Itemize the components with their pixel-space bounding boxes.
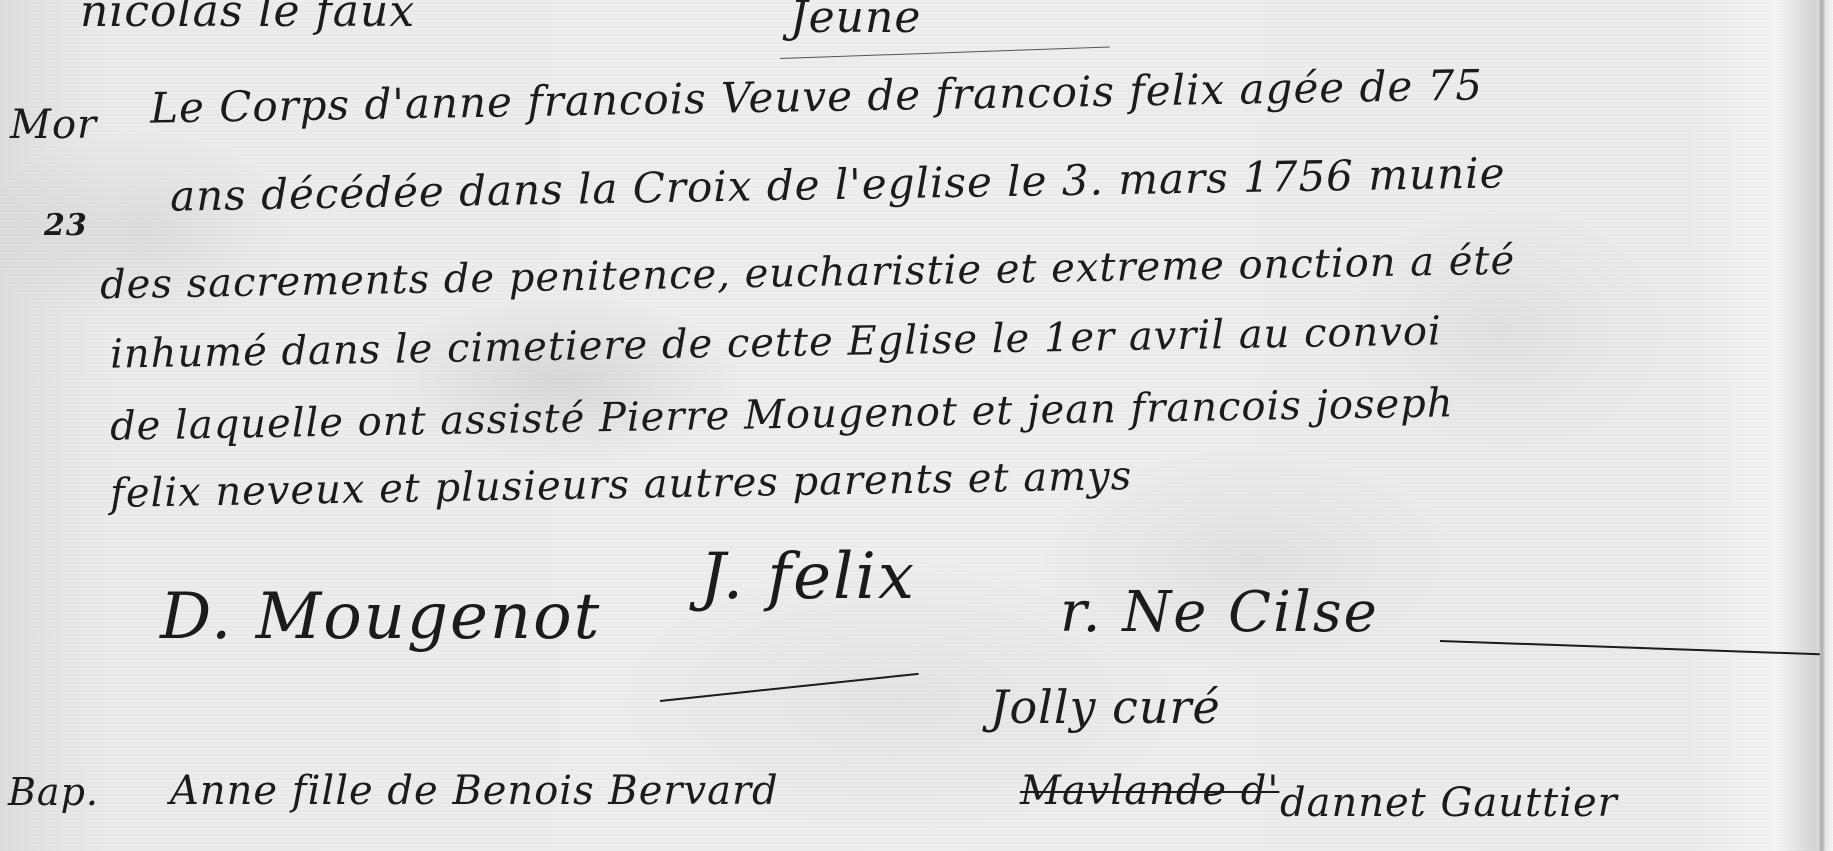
entry-line-1: Le Corps d'anne francois Veuve de franco… <box>150 60 1484 132</box>
entry-line-3: des sacrements de penitence, eucharistie… <box>100 238 1516 309</box>
page-binding-edge <box>1819 0 1825 851</box>
underline-stroke <box>780 46 1110 59</box>
struck-text: Mavlande d' <box>1020 768 1279 814</box>
entry-line-2: ans décédée dans la Croix de l'eglise le… <box>170 148 1506 220</box>
signature-ne-cilse: r. Ne Cilse <box>1060 580 1379 645</box>
signature-flourish <box>660 673 919 702</box>
previous-entry-name: nicolas le faux <box>80 0 415 37</box>
signature-felix: J. felix <box>700 540 916 614</box>
baptism-line-2-fragment: dannet Gauttier <box>1280 780 1618 826</box>
signature-flourish <box>1440 640 1820 655</box>
entry-line-6: felix neveux et plusieurs autres parents… <box>110 453 1133 517</box>
signature-mougenot: D. Mougenot <box>160 580 601 654</box>
entry-line-5: de laquelle ont assisté Pierre Mougenot … <box>110 380 1454 449</box>
margin-label-mortuary: Mor <box>10 102 97 148</box>
register-page: nicolas le faux Jeune Mor 23 Le Corps d'… <box>0 0 1833 851</box>
entry-number: 23 <box>44 208 88 243</box>
entry-line-4: inhumé dans le cimetiere de cette Eglise… <box>110 308 1442 377</box>
signature-jolly-cure: Jolly curé <box>990 680 1221 734</box>
baptism-line-1: Anne fille de Benois Bervard <box>170 768 779 814</box>
previous-entry-word: Jeune <box>790 0 921 43</box>
margin-label-baptism: Bap. <box>8 770 99 814</box>
